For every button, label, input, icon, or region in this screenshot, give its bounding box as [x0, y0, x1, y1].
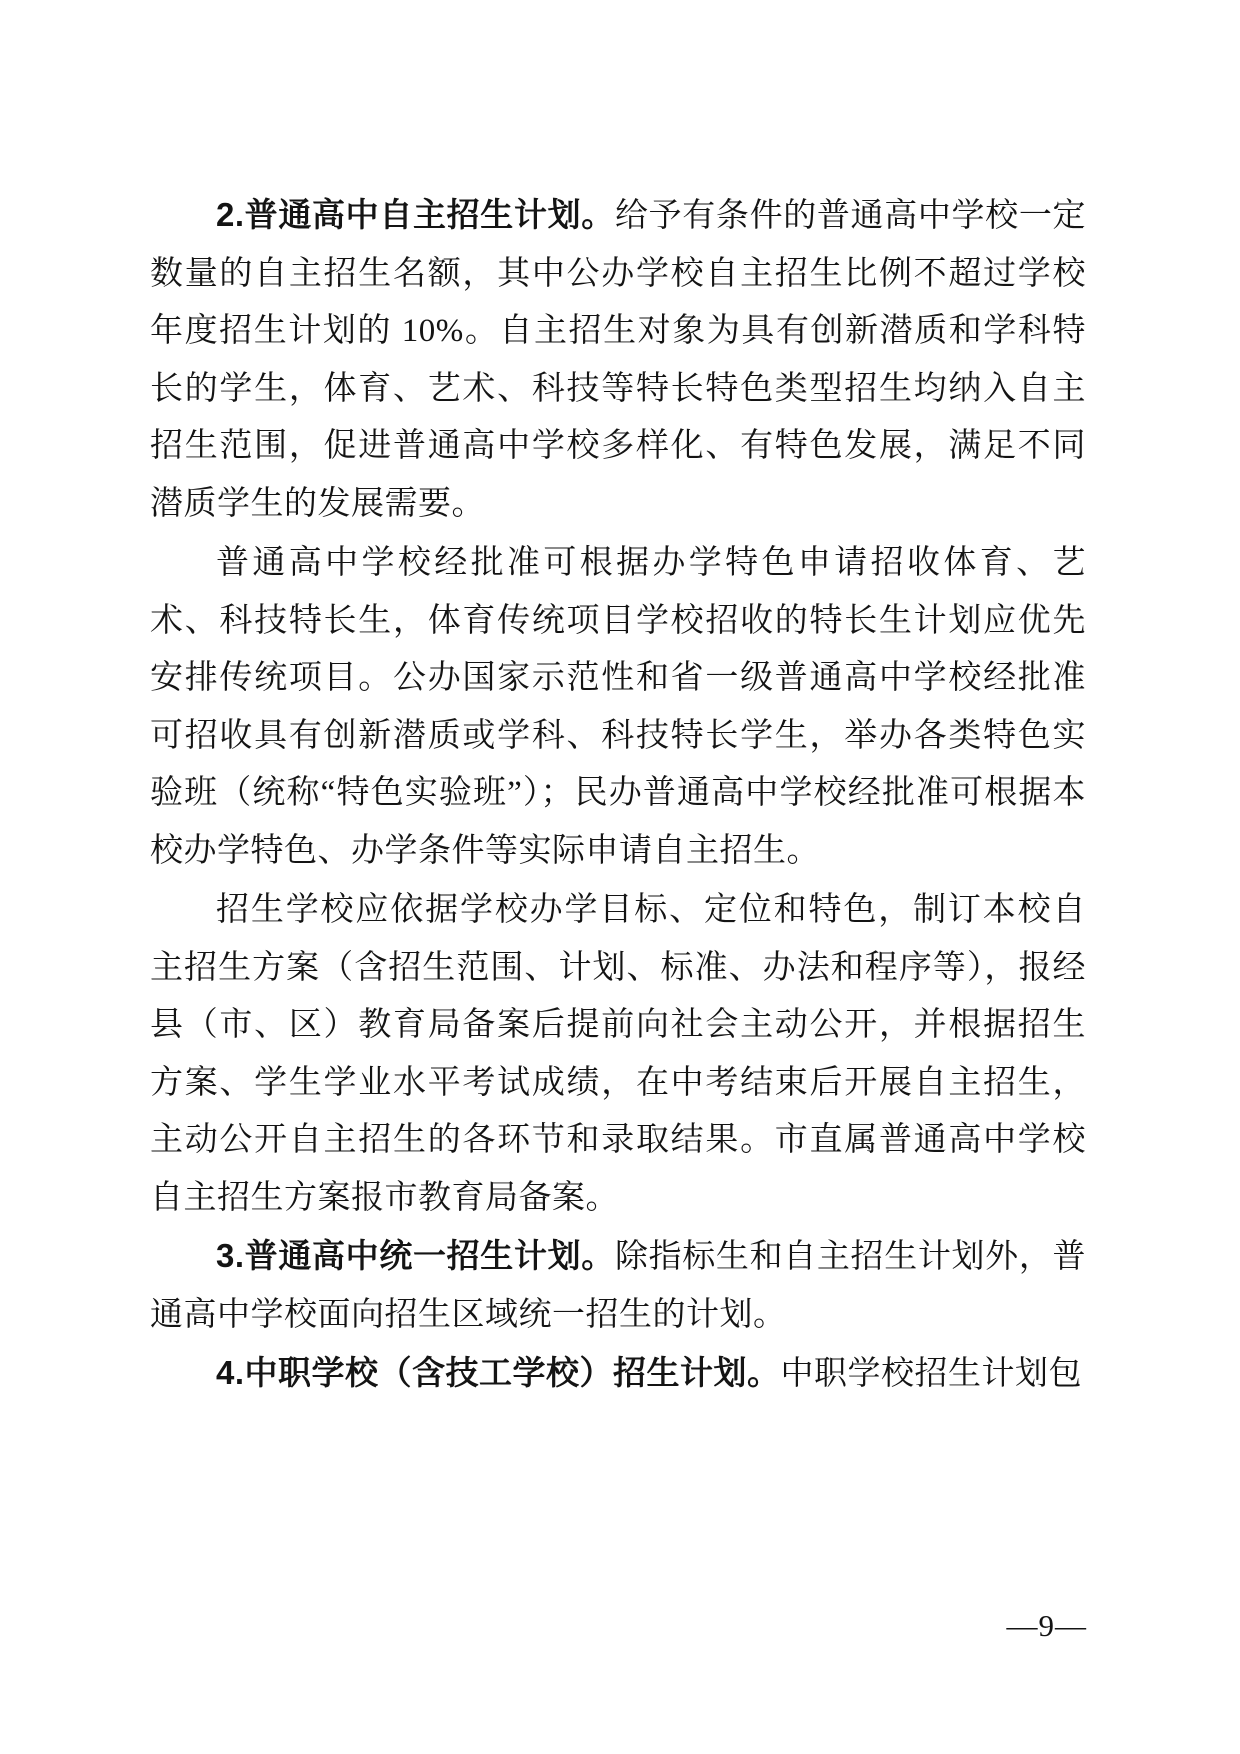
paragraph-item2-self-enrollment: 2.普通高中自主招生计划。给予有条件的普通高中学校一定数量的自主招生名额，其中公…	[150, 186, 1086, 533]
paragraph-body: 普通高中学校经批准可根据办学特色申请招收体育、艺术、科技特长生，体育传统项目学校…	[150, 545, 1086, 869]
paragraph-lead: 4.中职学校（含技工学校）招生计划。	[216, 1354, 781, 1391]
paragraph-enrollment-scheme-filing: 招生学校应依据学校办学目标、定位和特色，制订本校自主招生方案（含招生范围、计划、…	[150, 880, 1086, 1227]
document-text-block: 2.普通高中自主招生计划。给予有条件的普通高中学校一定数量的自主招生名额，其中公…	[150, 186, 1086, 1404]
paragraph-body: 招生学校应依据学校办学目标、定位和特色，制订本校自主招生方案（含招生范围、计划、…	[150, 892, 1086, 1216]
paragraph-item3-unified-enrollment: 3.普通高中统一招生计划。除指标生和自主招生计划外，普通高中学校面向招生区域统一…	[150, 1227, 1086, 1344]
page-number: —9—	[1007, 1606, 1088, 1646]
paragraph-body: 给予有条件的普通高中学校一定数量的自主招生名额，其中公办学校自主招生比例不超过学…	[150, 198, 1086, 522]
paragraph-special-talent-students: 普通高中学校经批准可根据办学特色申请招收体育、艺术、科技特长生，体育传统项目学校…	[150, 533, 1086, 880]
paragraph-lead: 2.普通高中自主招生计划。	[216, 196, 615, 233]
paragraph-item4-vocational-schools: 4.中职学校（含技工学校）招生计划。中职学校招生计划包	[150, 1344, 1086, 1404]
document-page: 2.普通高中自主招生计划。给予有条件的普通高中学校一定数量的自主招生名额，其中公…	[0, 0, 1240, 1754]
paragraph-body: 中职学校招生计划包	[781, 1356, 1083, 1392]
paragraph-lead: 3.普通高中统一招生计划。	[216, 1237, 615, 1274]
